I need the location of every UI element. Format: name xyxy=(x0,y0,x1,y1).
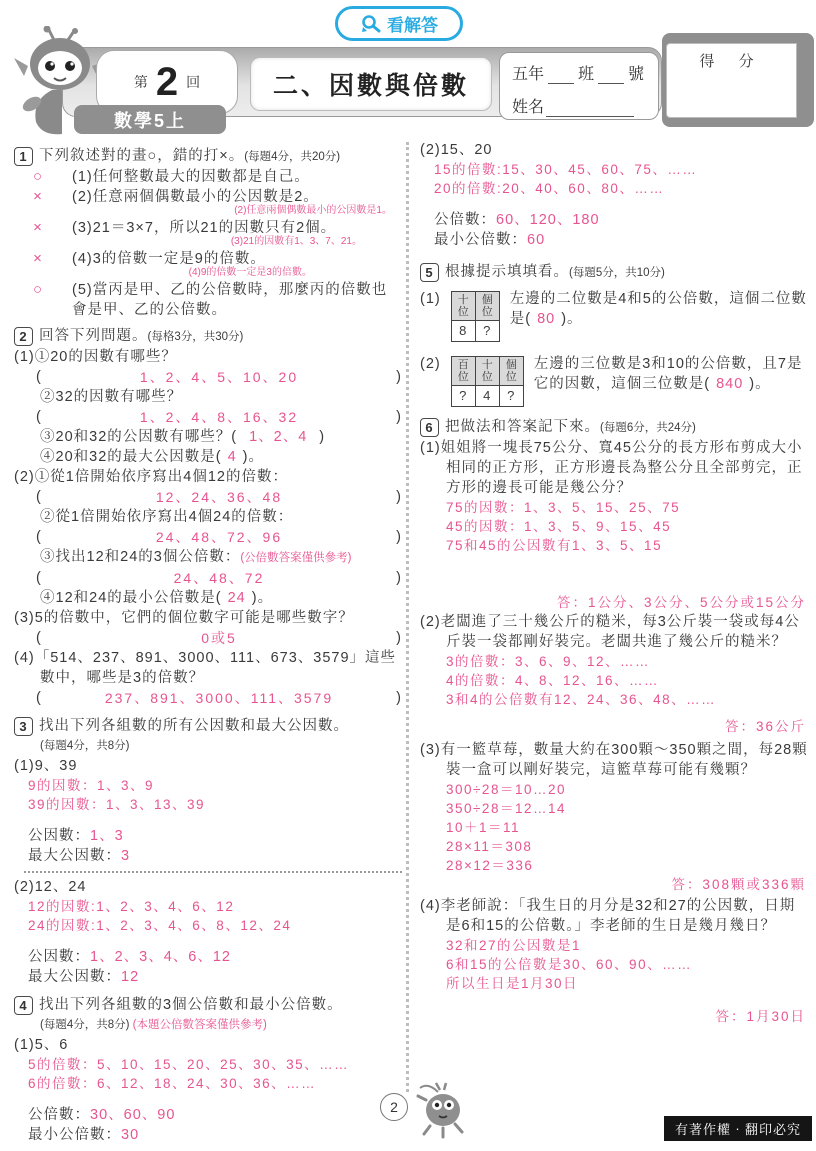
q2-2-3-question: ③找出12和24的3個公倍數：(公倍數答案僅供參考) xyxy=(14,547,402,568)
q5-2-cell-hundreds: ? xyxy=(451,386,475,407)
q5-points: (每題5分，共10分) xyxy=(569,267,665,279)
q2-points: (每格3分，共30分) xyxy=(148,331,244,343)
q3-number: 3 xyxy=(14,717,33,736)
q2-2-1-answer: 12、24、36、48 xyxy=(42,487,396,507)
q6-points: (每題6分，共24分) xyxy=(600,422,696,434)
q6-2-work-1: 3的倍數：3、6、9、12、…… xyxy=(420,652,808,671)
q2-1-3-answer: 1、2、4 xyxy=(237,429,319,445)
q2-1-1-question: (1)①20的因數有哪些？ xyxy=(14,347,402,367)
q2-1-2-answer: 1、2、4、8、16、32 xyxy=(42,407,396,427)
q1-heading: 1 下列敘述對的畫○，錯的打×。(每題4分，共20分) xyxy=(14,146,402,167)
q5-1-place-value-table: 十位 個位 8 ? xyxy=(451,291,500,342)
q6-2-answer: 答：36公斤 xyxy=(420,717,808,736)
q6-3-question: (3)有一籃草莓，數量大約在300顆～350顆之間，每28顆裝一盒可以剛好裝完，… xyxy=(420,740,808,780)
q1-text-3: (3)21＝3×7，所以21的因數只有2個。 xyxy=(72,218,402,238)
q2-2-4-post: )。 xyxy=(252,590,273,606)
q4-2-lcm-value: 60 xyxy=(527,232,545,248)
q2-1-4-line: ④20和32的最大公因數是(4)。 xyxy=(14,447,402,467)
q4-2-cm-line: 公倍數：60、120、180 xyxy=(420,210,808,230)
round-suffix: 回 xyxy=(186,72,200,92)
q2-2-3-answer-line: 24、48、72 xyxy=(14,568,402,588)
q2-4-answer-line: 237、891、3000、111、3579 xyxy=(14,688,402,708)
q3-2-title: (2)12、24 xyxy=(14,877,402,897)
q3-1-cf-line: 公因數：1、3 xyxy=(14,826,402,846)
q6-3-work-4: 28×11＝308 xyxy=(420,837,808,856)
student-info-box: 五年 班 號 姓名 xyxy=(499,52,659,120)
q5-heading: 5 根據提示填填看。(每題5分，共10分) xyxy=(420,262,808,283)
q1-mark-3: × xyxy=(14,218,62,238)
magnifier-icon xyxy=(360,14,382,34)
q3-1-gcf-label: 最大公因數： xyxy=(28,848,121,864)
view-answers-button[interactable]: 看解答 xyxy=(335,6,463,41)
q4-1-work-2: 6的倍數：6、12、18、24、30、36、…… xyxy=(14,1074,402,1093)
q4-points: (每題4分，共8分) xyxy=(40,1019,129,1031)
q6-1-question: (1)姐姐將一塊長75公分、寬45公分的長方形布剪成大小相同的正方形，正方形邊長… xyxy=(420,438,808,498)
q4-2-lcm-label: 最小公倍數： xyxy=(434,232,527,248)
q2-1-4-pre: ④20和32的最大公因數是( xyxy=(40,449,222,465)
unit-title: 二、因數與倍數 xyxy=(273,66,469,102)
q6-2-question: (2)老闆進了三十幾公斤的糙米，每3公斤裝一袋或每4公斤裝一袋都剛好裝完。老闆共… xyxy=(420,612,808,652)
q5-2-text: 左邊的三位數是3和10的公倍數，且7是它的因數，這個三位數是(840)。 xyxy=(534,354,808,407)
q5-1-text: 左邊的二位數是4和5的公倍數，這個二位數是(80)。 xyxy=(510,289,808,342)
q4-1-cm-value: 30、60、90 xyxy=(90,1107,175,1123)
q4-2-work-1: 15的倍數:15、30、45、60、75、…… xyxy=(420,160,808,179)
q2-2-3-text: ③找出12和24的3個公倍數： xyxy=(40,549,240,565)
worksheet-page: 看解答 第 2 回 數學5上 二、因數與倍數 xyxy=(0,0,816,1151)
q3-divider xyxy=(24,871,402,873)
q6-1-answer: 答：1公分、3公分、5公分或15公分 xyxy=(420,593,808,612)
q5-2-header-hundreds: 百位 xyxy=(451,357,475,386)
score-label: 得 分 xyxy=(667,50,796,71)
q3-1-gcf-line: 最大公因數：3 xyxy=(14,846,402,866)
q4-1-cm-label: 公倍數： xyxy=(28,1107,90,1123)
q2-3-answer: 0或5 xyxy=(42,628,396,648)
q6-4-question: (4)李老師說：「我生日的月分是32和27的公因數，日期是6和15的公倍數。」李… xyxy=(420,896,808,936)
left-column: 1 下列敘述對的畫○，錯的打×。(每題4分，共20分) ○ (1)任何整數最大的… xyxy=(14,140,402,1145)
q5-1-header-tens: 十位 xyxy=(451,292,475,321)
q2-number: 2 xyxy=(14,327,33,346)
q2-4-question: (4)「514、237、891、3000、111、673、3579」這些數中，哪… xyxy=(14,648,402,688)
q5-title: 根據提示填填看。 xyxy=(445,264,569,280)
view-answers-label: 看解答 xyxy=(387,11,438,36)
q3-title: 找出下列各組數的所有公因數和最大公因數。 xyxy=(39,716,349,736)
q1-text-1: (1)任何整數最大的因數都是自己。 xyxy=(72,167,402,187)
q6-3-work-5: 28×12＝336 xyxy=(420,856,808,875)
q2-2-1-question: (2)①從1倍開始依序寫出4個12的倍數： xyxy=(14,467,402,487)
q1-mark-5: ○ xyxy=(14,280,62,320)
q2-3-question: (3)5的倍數中，它們的個位數字可能是哪些數字？ xyxy=(14,608,402,628)
q4-1-cm-line: 公倍數：30、60、90 xyxy=(14,1105,402,1125)
q6-heading: 6 把做法和答案記下來。(每題6分，共24分) xyxy=(420,417,808,438)
q3-1-work-1: 9的因數：1、3、9 xyxy=(14,776,402,795)
q6-number: 6 xyxy=(420,418,439,437)
round-prefix: 第 xyxy=(134,72,148,92)
q2-2-4-answer: 24 xyxy=(222,590,252,606)
q2-2-4-pre: ④12和24的最小公倍數是( xyxy=(40,590,222,606)
q4-title: 找出下列各組數的3個公倍數和最小公倍數。 xyxy=(39,995,343,1015)
q4-1-lcm-value: 30 xyxy=(121,1127,139,1143)
mascot-footer-icon xyxy=(410,1080,472,1145)
q5-1-label: (1) xyxy=(420,289,441,342)
q2-2-2-answer: 24、48、72、96 xyxy=(42,527,396,547)
q1-mark-4: × xyxy=(14,249,62,269)
q5-number: 5 xyxy=(420,263,439,282)
q2-2-2-question: ②從1倍開始依序寫出4個24的倍數： xyxy=(14,507,402,527)
q5-2-cell-ones: ? xyxy=(499,386,523,407)
q6-4-answer: 答：1月30日 xyxy=(420,1007,808,1026)
number-blank[interactable] xyxy=(598,70,624,84)
q1-text-4: (4)3的倍數一定是9的倍數。 xyxy=(72,249,402,269)
q4-1-work-1: 5的倍數：5、10、15、20、25、30、35、…… xyxy=(14,1055,402,1074)
q5-1-header-ones: 個位 xyxy=(475,292,499,321)
q2-2-2-answer-line: 24、48、72、96 xyxy=(14,527,402,547)
round-number: 2 xyxy=(156,62,178,102)
q2-1-4-post: )。 xyxy=(243,449,264,465)
q6-3-work-3: 10＋1＝11 xyxy=(420,818,808,837)
q3-1-cf-label: 公因數： xyxy=(28,828,90,844)
q2-heading: 2 回答下列問題。(每格3分，共30分) xyxy=(14,326,402,347)
q5-1-cell-tens: 8 xyxy=(451,321,475,342)
q6-1-work-2: 45的因數：1、3、5、9、15、45 xyxy=(420,517,808,536)
q4-2-title: (2)15、20 xyxy=(420,140,808,160)
q2-1-3-post: ) xyxy=(319,429,325,445)
q5-part-1: (1) 十位 個位 8 ? 左邊的二位數是4和5的公倍數，這個二位數是(80)。 xyxy=(420,289,808,342)
q1-mark-1: ○ xyxy=(14,167,62,187)
q6-3-answer: 答：308顆或336顆 xyxy=(420,875,808,894)
q4-heading: 4 找出下列各組數的3個公倍數和最小公倍數。 xyxy=(14,995,402,1015)
q5-1-cell-ones: ? xyxy=(475,321,499,342)
q2-2-4-line: ④12和24的最小公倍數是(24)。 xyxy=(14,588,402,608)
q1-mark-2: × xyxy=(14,187,62,207)
q2-2-3-answer: 24、48、72 xyxy=(42,568,396,588)
q1-number: 1 xyxy=(14,147,33,166)
score-box: 得 分 xyxy=(662,33,814,127)
q1-item-1: ○ (1)任何整數最大的因數都是自己。 xyxy=(14,167,402,187)
q4-1-lcm-line: 最小公倍數：30 xyxy=(14,1125,402,1145)
q5-2-answer: 840 xyxy=(710,376,749,392)
q1-item-3: × (3)21＝3×7，所以21的因數只有2個。 xyxy=(14,218,402,238)
q4-1-title: (1)5、6 xyxy=(14,1035,402,1055)
q2-1-4-answer: 4 xyxy=(222,449,243,465)
score-field[interactable]: 得 分 xyxy=(666,43,797,118)
q2-4-answer: 237、891、3000、111、3579 xyxy=(42,688,396,708)
q3-2-gcf-value: 12 xyxy=(121,969,139,985)
q5-1-post: )。 xyxy=(561,311,582,327)
q1-title: 下列敘述對的畫○，錯的打×。 xyxy=(39,148,244,164)
q5-2-header-ones: 個位 xyxy=(499,357,523,386)
q2-1-3-pre: ③20和32的公因數有哪些？( xyxy=(40,429,237,445)
q5-2-post: )。 xyxy=(749,376,770,392)
name-label: 姓名 xyxy=(512,94,544,117)
column-divider xyxy=(406,142,409,1092)
q1-item-2: × (2)任意兩個偶數最小的公因數是2。 xyxy=(14,187,402,207)
q2-1-1-answer-line: 1、2、4、5、10、20 xyxy=(14,367,402,387)
q1-points: (每題4分，共20分) xyxy=(244,151,340,163)
unit-title-box: 二、因數與倍數 xyxy=(250,57,492,111)
q5-part-2: (2) 百位 十位 個位 ? 4 ? 左邊的三位數是3和10的公倍數，且7是它的… xyxy=(420,354,808,407)
copyright-notice: 有著作權‧翻印必究 xyxy=(664,1116,812,1141)
q3-2-cf-label: 公因數： xyxy=(28,949,90,965)
q5-1-answer: 80 xyxy=(531,311,561,327)
page-number: 2 xyxy=(380,1093,408,1121)
q2-2-3-note: (公倍數答案僅供參考) xyxy=(240,552,351,564)
q2-1-2-answer-line: 1、2、4、8、16、32 xyxy=(14,407,402,427)
q6-4-work-2: 6和15的公倍數是30、60、90、…… xyxy=(420,955,808,974)
q4-points-line: (每題4分，共8分) (本題公倍數答案僅供參考) xyxy=(14,1015,402,1035)
q2-title: 回答下列問題。 xyxy=(39,328,148,344)
class-blank[interactable] xyxy=(548,70,574,84)
name-blank[interactable] xyxy=(546,103,634,117)
q2-1-2-question: ②32的因數有哪些？ xyxy=(14,387,402,407)
q2-3-answer-line: 0或5 xyxy=(14,628,402,648)
q3-1-gcf-value: 3 xyxy=(121,848,130,864)
q4-2-cm-value: 60、120、180 xyxy=(496,212,600,228)
q4-number: 4 xyxy=(14,996,33,1015)
right-column: (2)15、20 15的倍數:15、30、45、60、75、…… 20的倍數:2… xyxy=(420,140,808,1026)
q3-2-cf-value: 1、2、3、4、6、12 xyxy=(90,949,231,965)
grade-label: 五年 xyxy=(512,61,544,84)
q3-1-cf-value: 1、3 xyxy=(90,828,124,844)
q3-2-work-2: 24的因數:1、2、3、4、6、8、12、24 xyxy=(14,916,402,935)
q6-2-work-2: 4的倍數：4、8、12、16、…… xyxy=(420,671,808,690)
q3-2-work-1: 12的因數:1、2、3、4、6、12 xyxy=(14,897,402,916)
q2-1-3-line: ③20和32的公因數有哪些？(1、2、4) xyxy=(14,427,402,447)
q4-2-cm-label: 公倍數： xyxy=(434,212,496,228)
q2-1-1-answer: 1、2、4、5、10、20 xyxy=(42,367,396,387)
q5-2-header-tens: 十位 xyxy=(475,357,499,386)
q4-2-lcm-line: 最小公倍數：60 xyxy=(420,230,808,250)
q3-points: (每題4分，共8分) xyxy=(14,736,402,756)
q3-2-cf-line: 公因數：1、2、3、4、6、12 xyxy=(14,947,402,967)
q4-note: (本題公倍數答案僅供參考) xyxy=(133,1019,267,1031)
q3-2-gcf-label: 最大公因數： xyxy=(28,969,121,985)
q3-1-title: (1)9、39 xyxy=(14,756,402,776)
q4-2-work-2: 20的倍數:20、40、60、80、…… xyxy=(420,179,808,198)
q6-2-work-3: 3和4的公倍數有12、24、36、48、…… xyxy=(420,690,808,709)
q6-3-work-2: 350÷28＝12…14 xyxy=(420,799,808,818)
q3-2-gcf-line: 最大公因數：12 xyxy=(14,967,402,987)
series-ribbon: 數學5上 xyxy=(74,105,226,134)
q2-2-1-answer-line: 12、24、36、48 xyxy=(14,487,402,507)
q4-1-lcm-label: 最小公倍數： xyxy=(28,1127,121,1143)
q6-3-work-1: 300÷28＝10…20 xyxy=(420,780,808,799)
q5-2-label: (2) xyxy=(420,354,441,407)
class-label: 班 xyxy=(578,61,594,84)
q1-text-2: (2)任意兩個偶數最小的公因數是2。 xyxy=(72,187,402,207)
q6-1-work-1: 75的因數：1、3、5、15、25、75 xyxy=(420,498,808,517)
q3-heading: 3 找出下列各組數的所有公因數和最大公因數。 xyxy=(14,716,402,736)
q5-2-place-value-table: 百位 十位 個位 ? 4 ? xyxy=(451,356,524,407)
q3-1-work-2: 39的因數：1、3、13、39 xyxy=(14,795,402,814)
q1-text-5: (5)當丙是甲、乙的公倍數時，那麼丙的倍數也會是甲、乙的公倍數。 xyxy=(72,280,402,320)
q5-2-cell-tens: 4 xyxy=(475,386,499,407)
q6-4-work-3: 所以生日是1月30日 xyxy=(420,974,808,993)
q6-title: 把做法和答案記下來。 xyxy=(445,419,600,435)
q1-item-5: ○ (5)當丙是甲、乙的公倍數時，那麼丙的倍數也會是甲、乙的公倍數。 xyxy=(14,280,402,320)
q6-1-work-3: 75和45的公因數有1、3、5、15 xyxy=(420,536,808,555)
number-label: 號 xyxy=(628,61,644,84)
q1-item-4: × (4)3的倍數一定是9的倍數。 xyxy=(14,249,402,269)
q6-4-work-1: 32和27的公因數是1 xyxy=(420,936,808,955)
